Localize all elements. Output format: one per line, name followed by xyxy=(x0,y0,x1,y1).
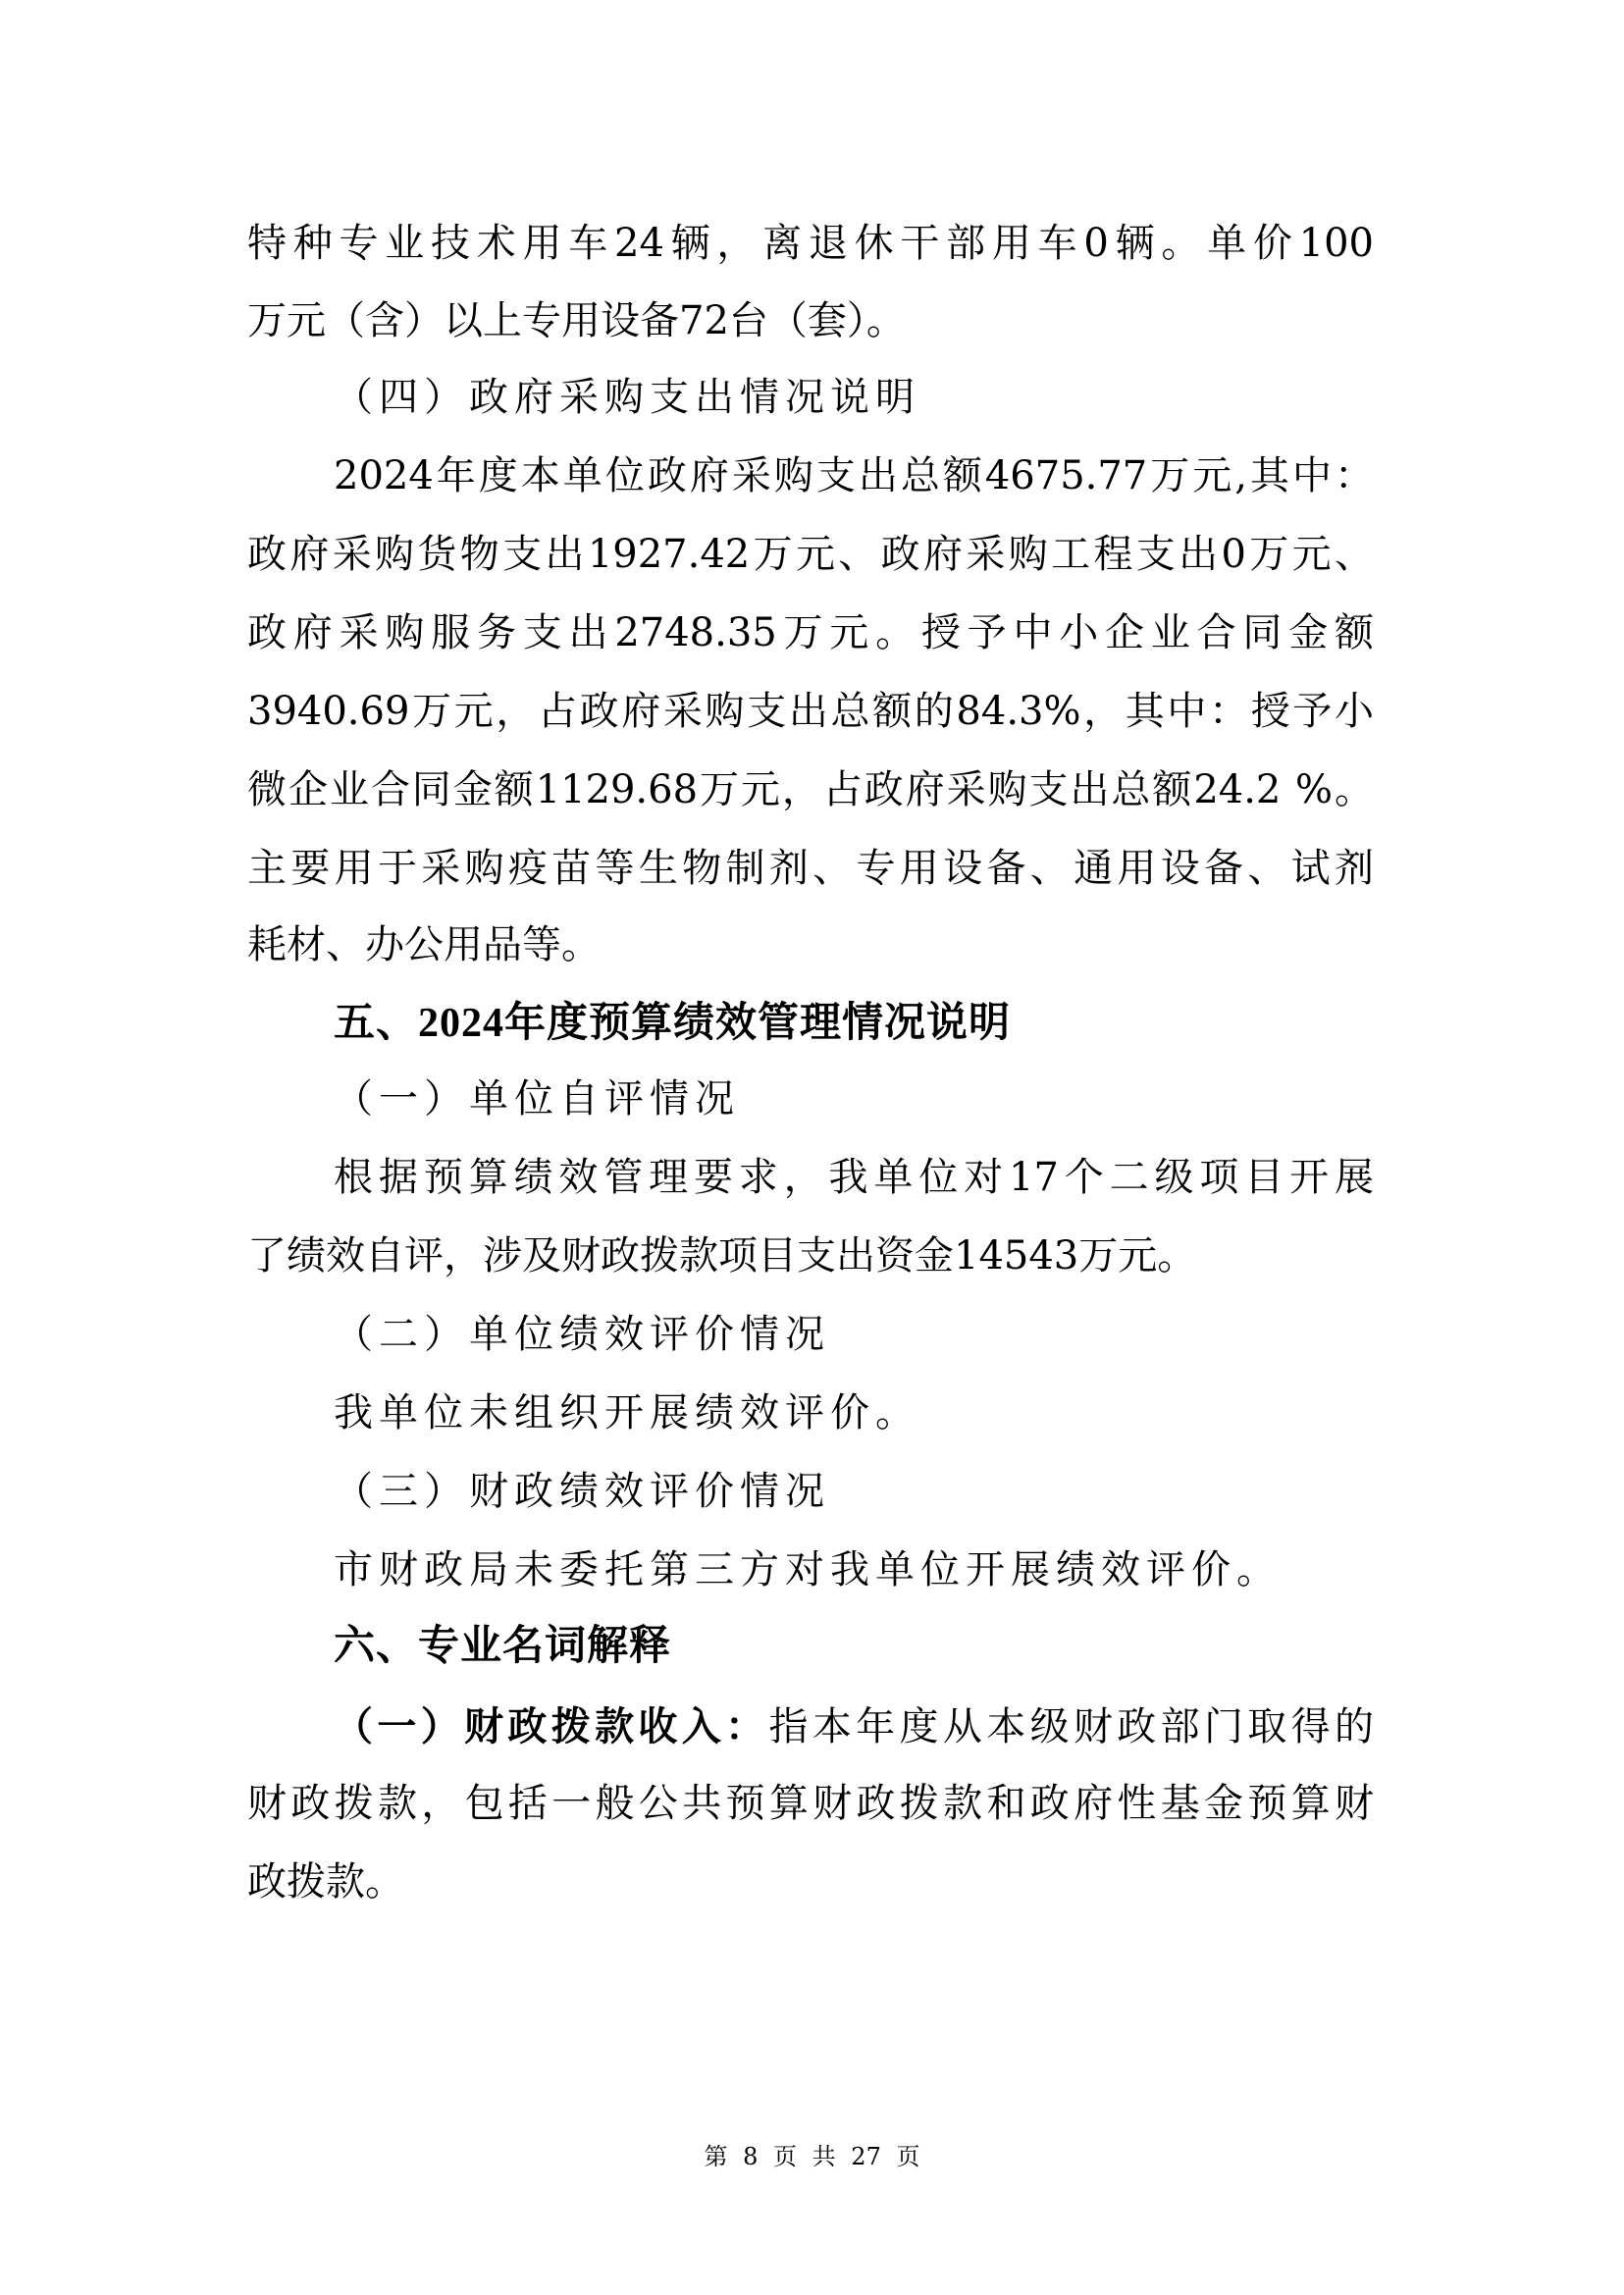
body-line: 耗材、办公用品等。 xyxy=(247,915,1374,974)
body-line: 我单位未组织开展绩效评价。 xyxy=(334,1383,920,1442)
glossary-entry-line: （一）财政拨款收入：指本年度从本级财政部门取得的 xyxy=(334,1697,1374,1756)
page-number-footer: 第 8 页 共 27 页 xyxy=(0,2139,1624,2174)
body-line: 万元（含）以上专用设备72台（套）。 xyxy=(247,291,1374,350)
body-line: 了绩效自评，涉及财政拨款项目支出资金14543万元。 xyxy=(247,1226,1374,1285)
body-line: 2024年度本单位政府采购支出总额4675.77万元,其中： xyxy=(334,446,1374,505)
subsection-heading-procurement: （四）政府采购支出情况说明 xyxy=(334,368,920,427)
document-page: 特种专业技术用车24辆，离退休干部用车0辆。单价100 万元（含）以上专用设备7… xyxy=(0,0,1624,2295)
section-heading-performance-management: 五、2024年度预算绩效管理情况说明 xyxy=(334,994,1011,1053)
body-line: 政拨款。 xyxy=(247,1852,1374,1911)
subsection-heading-unit-evaluation: （二）单位绩效评价情况 xyxy=(334,1305,830,1364)
body-line: 主要用于采购疫苗等生物制剂、专用设备、通用设备、试剂 xyxy=(247,839,1374,898)
subsection-heading-fiscal-evaluation: （三）财政绩效评价情况 xyxy=(334,1462,830,1521)
body-line: 财政拨款，包括一般公共预算财政拨款和政府性基金预算财 xyxy=(247,1774,1374,1833)
body-line: 政府采购服务支出2748.35万元。授予中小企业合同金额 xyxy=(247,603,1374,662)
body-line: 政府采购货物支出1927.42万元、政府采购工程支出0万元、 xyxy=(247,525,1374,584)
body-line: 特种专业技术用车24辆，离退休干部用车0辆。单价100 xyxy=(247,214,1374,273)
body-line: 3940.69万元，占政府采购支出总额的84.3%，其中：授予小 xyxy=(247,682,1374,741)
body-line: 微企业合同金额1129.68万元，占政府采购支出总额24.2 %。 xyxy=(247,760,1374,819)
body-line: 市财政局未委托第三方对我单位开展绩效评价。 xyxy=(334,1540,1282,1599)
glossary-definition: 指本年度从本级财政部门取得的 xyxy=(768,1704,1374,1749)
section-heading-glossary: 六、专业名词解释 xyxy=(334,1617,671,1676)
subsection-heading-self-evaluation: （一）单位自评情况 xyxy=(334,1069,740,1128)
glossary-term: （一）财政拨款收入： xyxy=(334,1703,768,1749)
body-line: 根据预算绩效管理要求，我单位对17个二级项目开展 xyxy=(334,1148,1374,1207)
